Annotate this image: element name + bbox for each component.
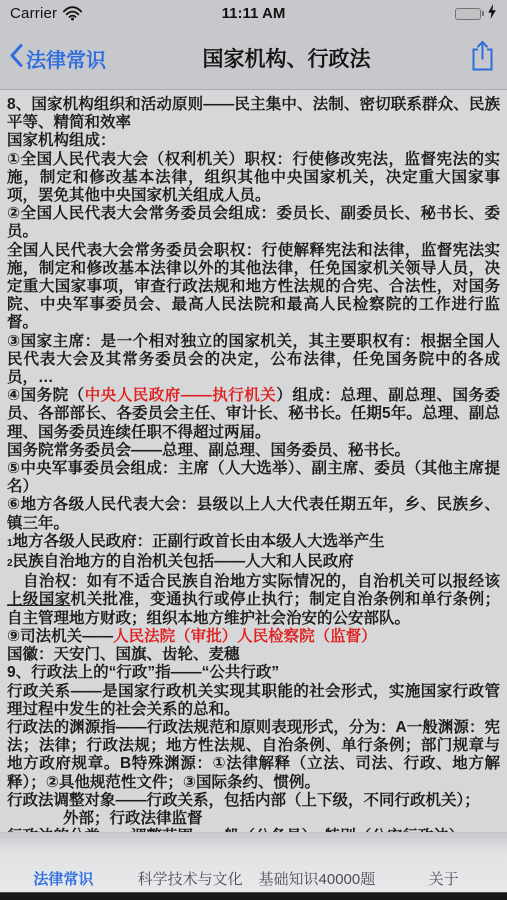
text-run: 国徽：天安门、国旗、齿轮、麦穗 — [7, 646, 240, 663]
content-paragraph: ①全国人民代表大会（权利机关）职权：行使修改宪法，监督宪法的实施，制定和修改基本… — [7, 151, 500, 206]
text-run: ③国家主席：是一个相对独立的国家机关，其主要职权有：根据全国人民代表大会及其常务… — [7, 333, 500, 386]
note-content[interactable]: 8、国家机构组织和活动原则——民主集中、法制、密切联系群众、民族平等、精简和效率… — [0, 90, 507, 832]
text-run: 行政法调整对象——行政关系，包括内部（上下级，不同行政机关）； — [7, 792, 480, 809]
text-run: 自治权：如有不适合民族自治地方实际情况的，自治机关可以报经该 — [23, 573, 500, 590]
back-chevron-icon — [10, 44, 23, 72]
text-run: ⑤中央军事委员会组成：主席（人大选举）、副主席、委员（其他主席提名） — [7, 460, 500, 495]
text-run: 国家机构组成： — [7, 132, 116, 149]
text-run: 外部；行政法律监督 — [63, 810, 203, 827]
text-run: ②全国人民代表大会常务委员会组成：委员长、副委员长、秘书长、委员。 — [7, 205, 500, 240]
content-paragraph: ⑨司法机关——人民法院（审批）人民检察院（监督） — [7, 628, 500, 646]
clock: 11:11 AM — [0, 5, 507, 22]
charging-bolt-icon — [487, 4, 497, 24]
tab-label: 关于 — [429, 868, 459, 889]
content-paragraph: 自治权：如有不适合民族自治地方实际情况的，自治机关可以报经该上级国家机关批准，变… — [7, 573, 500, 628]
text-run: 国务院常务委员会——总理、副总理、国务委员、秘书长。 — [7, 442, 410, 459]
tab-item-2[interactable]: 科学技术与文化 — [127, 833, 254, 893]
tab-item-3[interactable]: 基础知识40000题 — [254, 833, 381, 893]
text-run: 9、行政法上的“行政”指——“公共行政” — [7, 664, 279, 681]
content-paragraph: 2民族自治地方的自治机关包括——人大和人民政府 — [7, 553, 500, 573]
status-bar: Carrier 11:11 AM — [0, 0, 507, 27]
content-paragraph: 行政关系——是国家行政机关实现其职能的社会形式，实施国家行政管理过程中发生的社会… — [7, 683, 500, 719]
bottom-strip — [0, 892, 507, 900]
text-run: 人民法院（审批）人民检察院（监督） — [113, 628, 377, 645]
content-paragraph: ⑤中央军事委员会组成：主席（人大选举）、副主席、委员（其他主席提名） — [7, 460, 500, 496]
text-run: 中央人民政府——执行机关 — [85, 387, 277, 404]
tab-label: 基础知识40000题 — [259, 868, 376, 889]
content-paragraph: 行政法调整对象——行政关系，包括内部（上下级，不同行政机关）； — [7, 792, 500, 810]
text-run: 地方各级人民政府：正副行政首长由本级人大选举产生 — [13, 533, 385, 550]
content-paragraph: 国家机构组成： — [7, 132, 500, 150]
text-run: 全国人民代表大会常务委员会职权：行使解释宪法和法律，监督宪法实施，制定和修改基本… — [7, 242, 500, 332]
content-paragraph: 1地方各级人民政府：正副行政首长由本级人大选举产生 — [7, 533, 500, 553]
text-run: 行政法的渊源指——行政法规范和原则表现形式，分为：A一般渊源：宪法；法律；行政法… — [7, 719, 500, 791]
text-run: 上级国家 — [7, 591, 71, 608]
content-paragraph: 9、行政法上的“行政”指——“公共行政” — [7, 664, 500, 682]
text-run: ④国务院（ — [7, 387, 85, 404]
back-button-label: 法律常识 — [26, 44, 106, 73]
page-title: 国家机构、行政法 — [106, 43, 467, 73]
navigation-bar: 法律常识 国家机构、行政法 — [0, 27, 507, 90]
content-paragraph: 8、国家机构组织和活动原则——民主集中、法制、密切联系群众、民族平等、精简和效率 — [7, 96, 500, 132]
share-icon — [470, 40, 495, 76]
content-paragraph: ③国家主席：是一个相对独立的国家机关，其主要职权有：根据全国人民代表大会及其常务… — [7, 333, 500, 388]
text-run: 8、国家机构组织和活动原则——民主集中、法制、密切联系群众、民族平等、精简和效率 — [7, 96, 500, 131]
battery-icon — [455, 8, 484, 20]
app-screen: Carrier 11:11 AM 法律常识 — [0, 0, 507, 900]
content-paragraph: 国徽：天安门、国旗、齿轮、麦穗 — [7, 646, 500, 664]
back-button[interactable]: 法律常识 — [10, 44, 106, 73]
text-run: 行政关系——是国家行政机关实现其职能的社会形式，实施国家行政管理过程中发生的社会… — [7, 683, 500, 718]
tab-item-4[interactable]: 关于 — [380, 833, 507, 893]
content-paragraph: 行政法的渊源指——行政法规范和原则表现形式，分为：A一般渊源：宪法；法律；行政法… — [7, 719, 500, 792]
content-paragraph: ④国务院（中央人民政府——执行机关）组成：总理、副总理、国务委员、各部部长、各委… — [7, 387, 500, 442]
content-paragraph: 外部；行政法律监督 — [7, 810, 500, 828]
text-run: ①全国人民代表大会（权利机关）职权：行使修改宪法，监督宪法的实施，制定和修改基本… — [7, 151, 500, 204]
share-button[interactable] — [467, 40, 497, 76]
tab-bar: 法律常识科学技术与文化基础知识40000题关于 — [0, 832, 507, 893]
text-run: ⑥地方各级人民代表大会：县级以上人大代表任期五年，乡、民族乡、镇三年。 — [7, 496, 500, 531]
content-paragraph: ⑥地方各级人民代表大会：县级以上人大代表任期五年，乡、民族乡、镇三年。 — [7, 496, 500, 532]
content-paragraph: 国务院常务委员会——总理、副总理、国务委员、秘书长。 — [7, 442, 500, 460]
text-run: ⑨司法机关—— — [7, 628, 113, 645]
content-paragraph: ②全国人民代表大会常务委员会组成：委员长、副委员长、秘书长、委员。 — [7, 205, 500, 241]
tab-label: 科学技术与文化 — [138, 868, 243, 889]
text-run: 机关批准，变通执行或停止执行；制定自治条例和单行条例；自主管理地方财政；组织本地… — [7, 591, 500, 626]
content-paragraph: 全国人民代表大会常务委员会职权：行使解释宪法和法律，监督宪法实施，制定和修改基本… — [7, 242, 500, 333]
text-run: 民族自治地方的自治机关包括——人大和人民政府 — [13, 553, 354, 570]
tab-label: 法律常识 — [33, 868, 93, 889]
tab-item-1[interactable]: 法律常识 — [0, 833, 127, 893]
